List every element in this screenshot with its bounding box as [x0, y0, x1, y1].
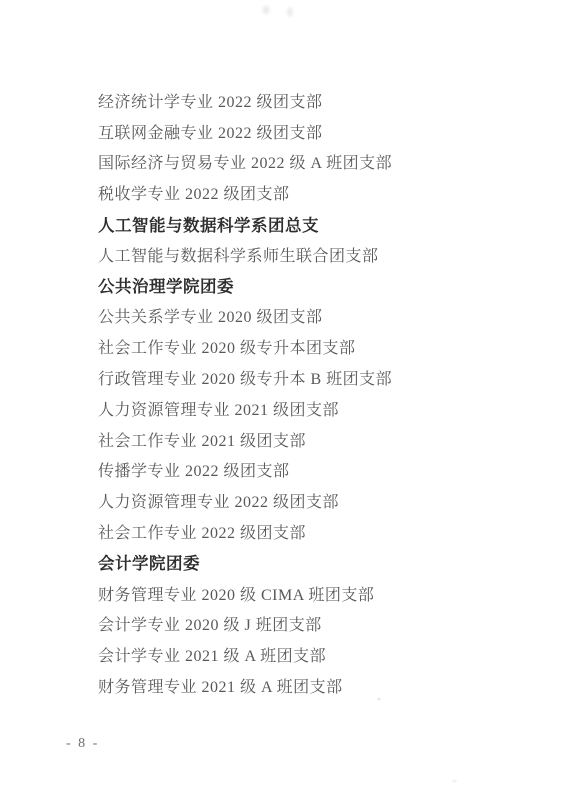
league-branch-item: 财务管理专业 2020 级 CIMA 班团支部: [98, 578, 547, 609]
scan-smudge-artifact: [252, 2, 304, 24]
section-heading: 公共治理学院团委: [98, 270, 547, 301]
league-branch-item: 财务管理专业 2021 级 A 班团支部: [98, 670, 547, 701]
league-branch-item: 人力资源管理专业 2021 级团支部: [98, 393, 547, 424]
league-branch-item: 社会工作专业 2020 级专升本团支部: [98, 331, 547, 362]
section-heading: 会计学院团委: [98, 547, 547, 578]
league-branch-item: 行政管理专业 2020 级专升本 B 班团支部: [98, 362, 547, 393]
league-branch-item: 人工智能与数据科学系师生联合团支部: [98, 239, 547, 270]
league-branch-item: 社会工作专业 2022 级团支部: [98, 516, 547, 547]
league-branch-item: 会计学专业 2021 级 A 班团支部: [98, 639, 547, 670]
league-branch-item: 人力资源管理专业 2022 级团支部: [98, 485, 547, 516]
league-branch-item: 国际经济与贸易专业 2022 级 A 班团支部: [98, 147, 547, 178]
league-branch-item: 会计学专业 2020 级 J 班团支部: [98, 609, 547, 640]
scan-speck-artifact: [451, 779, 458, 783]
league-branch-item: 互联网金融专业 2022 级团支部: [98, 116, 547, 147]
league-branch-item: 传播学专业 2022 级团支部: [98, 455, 547, 486]
section-heading: 人工智能与数据科学系团总支: [98, 208, 547, 239]
league-branch-item: 社会工作专业 2021 级团支部: [98, 424, 547, 455]
scanned-document-page: 经济统计学专业 2022 级团支部 互联网金融专业 2022 级团支部 国际经济…: [0, 0, 567, 809]
league-branch-item: 税收学专业 2022 级团支部: [98, 177, 547, 208]
league-branch-item: 经济统计学专业 2022 级团支部: [98, 85, 547, 116]
page-number: - 8 -: [66, 736, 99, 752]
league-branch-list: 经济统计学专业 2022 级团支部 互联网金融专业 2022 级团支部 国际经济…: [98, 85, 547, 701]
league-branch-item: 公共关系学专业 2020 级团支部: [98, 301, 547, 332]
